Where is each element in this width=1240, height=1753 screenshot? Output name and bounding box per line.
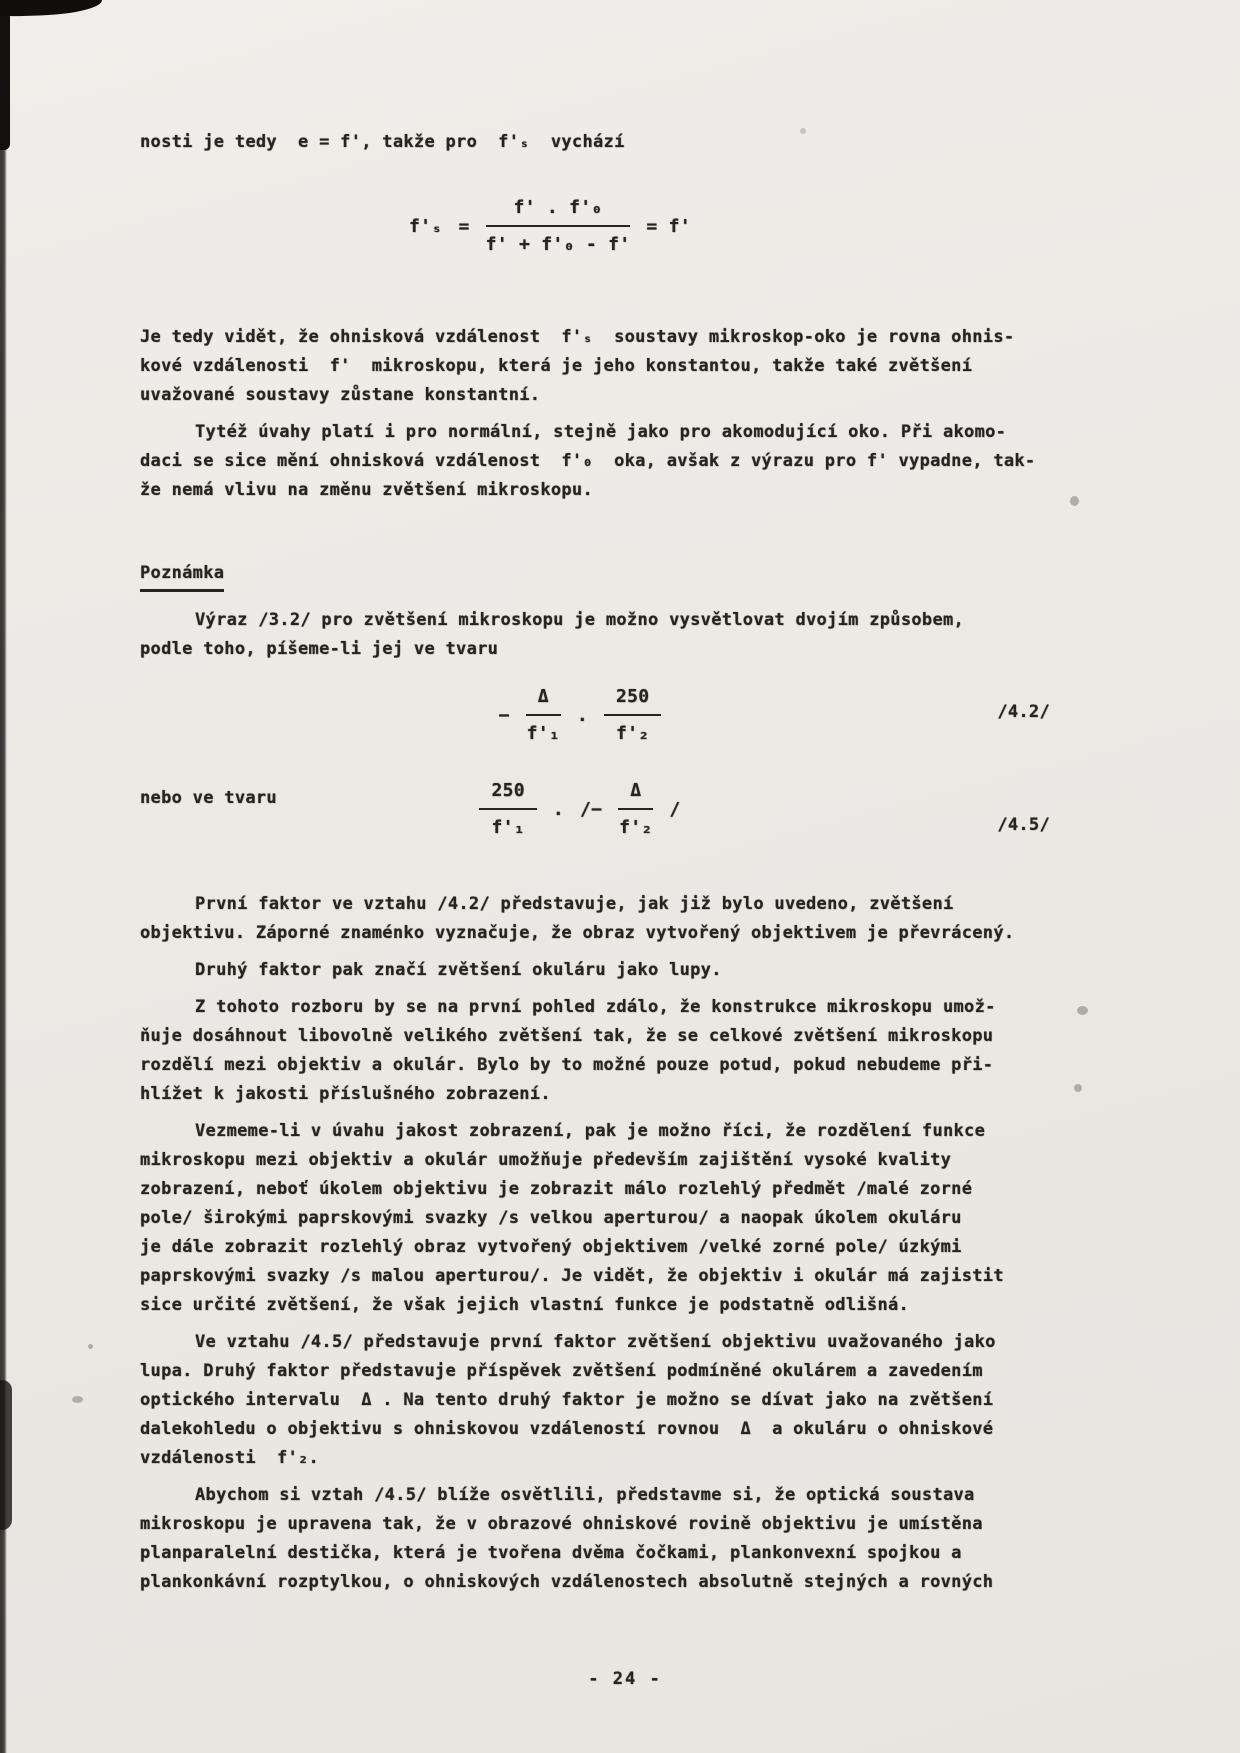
equation-4-2: − Δ f'₁ . 250 f'₂ /4.2/: [140, 682, 1020, 748]
equation-label-4-5: /4.5/: [997, 811, 1050, 840]
multiplication-dot: .: [577, 701, 588, 730]
fraction: 250 f'₁: [479, 776, 536, 842]
equation-4-5: nebo ve tvaru 250 f'₁ . /− Δ f'₂ / /4.5/: [140, 776, 1020, 842]
equation-4-2-body: − Δ f'₁ . 250 f'₂: [140, 682, 1020, 748]
fraction-denominator: f'₂: [618, 810, 653, 842]
fraction-denominator: f' + f'₀ - f': [486, 227, 631, 259]
fraction-numerator: Δ: [526, 682, 561, 716]
paragraph-plane-parallel-plate: Abychom si vztah /4.5/ blíže osvětlili, …: [140, 1481, 1020, 1597]
equation-label-4-2: /4.2/: [997, 698, 1050, 727]
page-number: - 24 -: [140, 1665, 1020, 1694]
fraction-denominator: f'₁: [526, 716, 561, 748]
fraction-numerator: 250: [604, 682, 661, 716]
formula-equals-sign: =: [458, 212, 469, 241]
fraction-denominator: f'₁: [479, 810, 536, 842]
fraction: 250 f'₂: [604, 682, 661, 748]
nebo-ve-tvaru-text: nebo ve tvaru: [140, 784, 277, 813]
fraction-numerator: 250: [479, 776, 536, 810]
scanned-document-page: nosti je tedy e = f', takže pro f'ₛ vych…: [0, 0, 1240, 1753]
paragraph-magnification-analysis: Z tohoto rozboru by se na první pohled z…: [140, 993, 1020, 1109]
note-heading: Poznámka: [140, 559, 224, 592]
fraction: Δ f'₂: [618, 776, 653, 842]
paragraph-image-quality: Vezmeme-li v úvahu jakost zobrazení, pak…: [140, 1117, 1020, 1320]
open-slash-minus: /−: [580, 795, 602, 824]
fraction-numerator: f' . f'₀: [486, 193, 631, 227]
multiplication-dot: .: [553, 795, 564, 824]
paragraph-focal-length-conclusion: Je tedy vidět, že ohnisková vzdálenost f…: [140, 323, 1020, 410]
page-text-block: nosti je tedy e = f', takže pro f'ₛ vych…: [0, 0, 1040, 1694]
paragraph-relation-45-factors: Ve vztahu /4.5/ představuje první faktor…: [140, 1328, 1020, 1473]
scan-speck: [1077, 1006, 1088, 1015]
fraction-numerator: Δ: [618, 776, 653, 810]
paragraph-second-factor: Druhý faktor pak značí zvětšení okuláru …: [140, 956, 1020, 985]
fraction: Δ f'₁: [526, 682, 561, 748]
fraction: f' . f'₀ f' + f'₀ - f': [486, 193, 631, 259]
paragraph-accommodation: Tytéž úvahy platí i pro normální, stejně…: [140, 418, 1020, 505]
paragraph-expression-intro: Výraz /3.2/ pro zvětšení mikroskopu je m…: [140, 606, 1020, 664]
scan-speck: [1070, 496, 1079, 506]
paragraph-first-factor: První faktor ve vztahu /4.2/ představuje…: [140, 890, 1020, 948]
minus-sign: −: [499, 701, 510, 730]
continuation-line: nosti je tedy e = f', takže pro f'ₛ vych…: [140, 128, 1020, 157]
fraction-denominator: f'₂: [604, 716, 661, 748]
formula-rhs: = f': [646, 212, 691, 241]
formula-lhs: f'ₛ: [409, 212, 442, 241]
close-slash: /: [669, 795, 680, 824]
scan-speck: [1074, 1084, 1082, 1092]
formula-system-focal-length: f'ₛ = f' . f'₀ f' + f'₀ - f' = f': [140, 193, 1020, 259]
